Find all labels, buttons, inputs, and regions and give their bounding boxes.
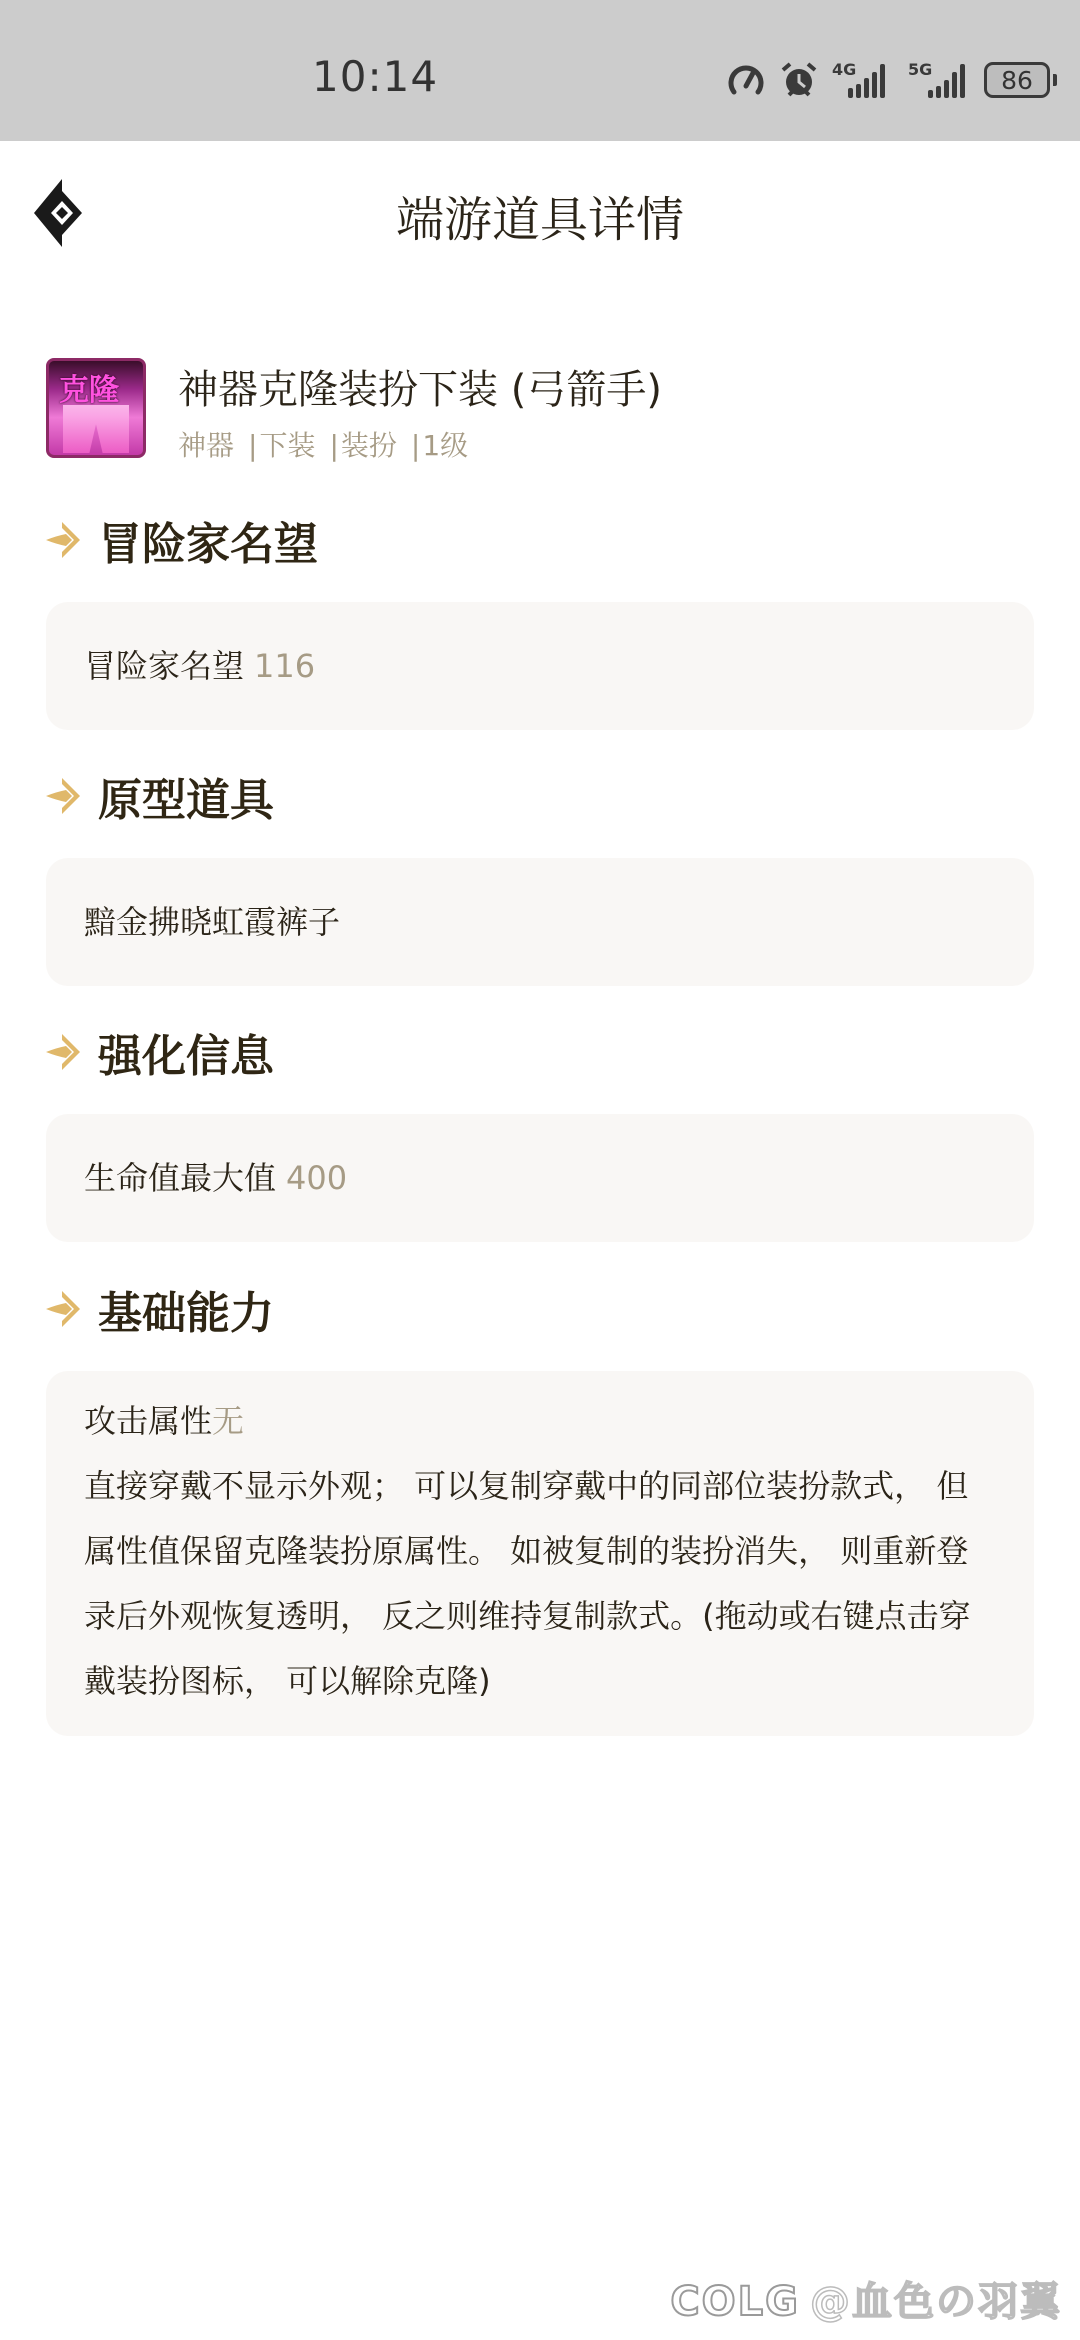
stat-label: 生命值最大值: [84, 1146, 276, 1210]
info-card: 冒险家名望116: [46, 602, 1034, 730]
section-arrow-icon: [46, 1032, 84, 1072]
item-thumbnail: 克隆: [46, 358, 146, 458]
section-title: 强化信息: [98, 1020, 274, 1084]
pants-icon: [63, 405, 129, 453]
status-time: 10:14: [312, 52, 438, 101]
battery-icon: 86: [984, 62, 1057, 98]
stat-label: 攻击属性: [84, 1402, 212, 1440]
section-prototype-item: 原型道具 黯金拂晓虹霞裤子: [46, 764, 1034, 986]
page-title: 端游道具详情: [0, 181, 1080, 250]
item-header: 克隆 神器克隆装扮下装 (弓箭手) 神器|下装|装扮|1级: [46, 358, 1036, 462]
attack-attribute-row: 攻击属性无: [84, 1389, 996, 1454]
stat-value: 无: [212, 1402, 244, 1440]
status-bar: 10:14 4G 5G 86: [0, 0, 1080, 141]
section-arrow-icon: [46, 520, 84, 560]
section-base-abilities: 基础能力 攻击属性无 直接穿戴不显示外观； 可以复制穿戴中的同部位装扮款式， 但…: [46, 1277, 1034, 1736]
tag-level: 1级: [422, 429, 468, 462]
tag-slot: 下装: [259, 429, 315, 462]
section-adventurer-fame: 冒险家名望 冒险家名望116: [46, 508, 1034, 730]
section-title: 基础能力: [98, 1277, 274, 1341]
watermark-brand: COLG: [670, 2279, 800, 2325]
tag-category: 神器: [178, 429, 234, 462]
section-title: 原型道具: [98, 764, 274, 828]
app-header: 端游道具详情: [0, 141, 1080, 281]
speedometer-icon: [726, 62, 766, 98]
ability-description: 直接穿戴不显示外观； 可以复制穿戴中的同部位装扮款式， 但属性值保留克隆装扮原属…: [84, 1454, 996, 1714]
item-tags: 神器|下装|装扮|1级: [178, 424, 468, 464]
5g-signal-icon: 5G: [908, 60, 970, 100]
item-name: 神器克隆装扮下装 (弓箭手): [178, 358, 662, 415]
section-enhancement-info: 强化信息 生命值最大值400: [46, 1020, 1034, 1242]
section-title: 冒险家名望: [98, 508, 318, 572]
section-arrow-icon: [46, 1289, 84, 1329]
prototype-item-name[interactable]: 黯金拂晓虹霞裤子: [84, 890, 340, 954]
info-card: 生命值最大值400: [46, 1114, 1034, 1242]
stat-value: 116: [254, 634, 315, 698]
item-icon-text: 克隆: [59, 365, 119, 409]
watermark: COLG@血色の羽翼: [670, 2270, 1062, 2327]
4g-signal-icon: 4G: [832, 60, 894, 100]
info-card: 黯金拂晓虹霞裤子: [46, 858, 1034, 986]
stat-label: 冒险家名望: [84, 634, 244, 698]
status-icons: 4G 5G 86: [726, 58, 1057, 102]
tag-type: 装扮: [341, 429, 397, 462]
watermark-user: @血色の羽翼: [810, 2279, 1062, 2325]
stat-value: 400: [286, 1146, 347, 1210]
info-card: 攻击属性无 直接穿戴不显示外观； 可以复制穿戴中的同部位装扮款式， 但属性值保留…: [46, 1371, 1034, 1736]
section-arrow-icon: [46, 776, 84, 816]
alarm-icon: [780, 61, 818, 99]
